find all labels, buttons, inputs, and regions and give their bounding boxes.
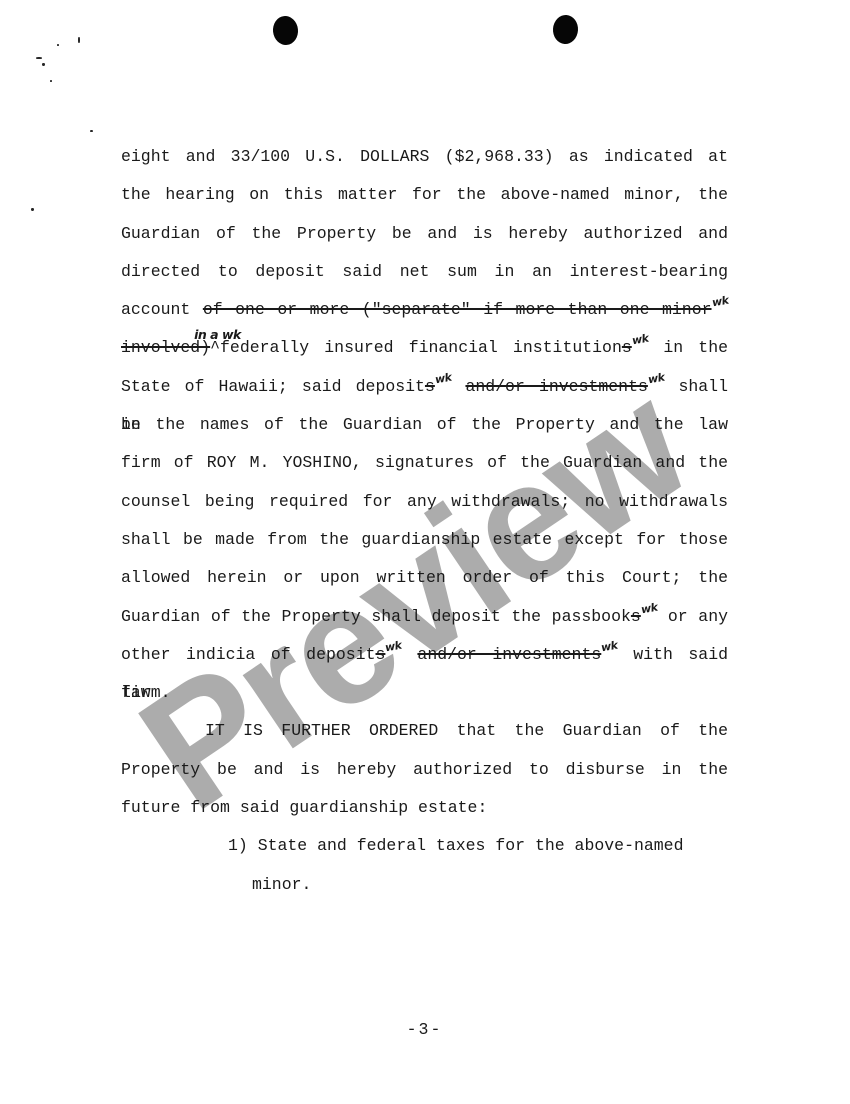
document-line: firm. [121, 674, 728, 712]
document-line: counsel being required for any withdrawa… [121, 483, 728, 521]
scan-speck [50, 80, 52, 82]
typewritten-text: Guardian of the Property shall deposit t… [121, 607, 631, 626]
typewritten-text: in the names of the Guardian of the Prop… [121, 415, 728, 434]
typewritten-text: firm of ROY M. YOSHINO, signatures of th… [121, 453, 728, 472]
insertion-caret: ^in a wk [210, 338, 220, 357]
document-line: 1) State and federal taxes for the above… [121, 827, 728, 865]
struck-text: s [376, 645, 386, 664]
typewritten-text: eight and 33/100 U.S. DOLLARS ($2,968.33… [121, 147, 728, 166]
typewritten-text: Property be and is hereby authorized to … [121, 760, 728, 779]
document-line: in the names of the Guardian of the Prop… [121, 406, 728, 444]
scan-speck [31, 208, 34, 211]
typewritten-text [402, 645, 418, 664]
typewritten-text: future from said guardianship estate: [121, 798, 487, 817]
document-line: State of Hawaii; said depositswk and/or … [121, 368, 728, 406]
struck-text: and/or investments [465, 377, 647, 396]
document-line: Guardian of the Property be and is hereb… [121, 215, 728, 253]
scan-speck [42, 63, 45, 66]
handwritten-initials: wk [711, 295, 729, 309]
struck-text: of one or more ("separate" if more than … [203, 300, 712, 319]
typewritten-text: counsel being required for any withdrawa… [121, 492, 728, 511]
document-line: involved)^in a wkfederally insured finan… [121, 329, 728, 367]
typewritten-text: other indicia of deposit [121, 645, 376, 664]
scan-speck [57, 44, 59, 46]
handwritten-initials: wk [647, 371, 665, 385]
typewritten-text: firm. [121, 683, 171, 702]
handwritten-initials: wk [600, 640, 618, 654]
struck-text: and/or investments [417, 645, 601, 664]
typewritten-text: the hearing on this matter for the above… [121, 185, 728, 204]
scan-speck [90, 130, 93, 132]
document-line: other indicia of depositswk and/or inves… [121, 636, 728, 674]
typewritten-text: State of Hawaii; said deposit [121, 377, 425, 396]
document-line: Property be and is hereby authorized to … [121, 751, 728, 789]
punch-hole-icon [552, 14, 579, 45]
typewritten-text: minor. [252, 875, 311, 894]
struck-text: s [622, 338, 632, 357]
typewritten-text: allowed herein or upon written order of … [121, 568, 728, 587]
page-number: -3- [121, 1020, 728, 1039]
document-line: shall be made from the guardianship esta… [121, 521, 728, 559]
typewritten-text: shall be made from the guardianship esta… [121, 530, 728, 549]
typewritten-text: federally insured financial institution [220, 338, 622, 357]
handwritten-insertion: in a wk [194, 329, 241, 342]
handwritten-initials: wk [434, 371, 452, 385]
document-line: IT IS FURTHER ORDERED that the Guardian … [121, 712, 728, 750]
typewritten-text: Guardian of the Property be and is hereb… [121, 224, 728, 243]
document-line: allowed herein or upon written order of … [121, 559, 728, 597]
document-line: minor. [121, 866, 728, 904]
scanned-document-page: Preview eight and 33/100 U.S. DOLLARS ($… [0, 0, 850, 1104]
typewritten-text: IT IS FURTHER ORDERED that the Guardian … [205, 721, 728, 740]
handwritten-initials: wk [640, 601, 658, 615]
scan-speck [36, 57, 42, 59]
document-body: eight and 33/100 U.S. DOLLARS ($2,968.33… [121, 138, 728, 904]
document-line: Guardian of the Property shall deposit t… [121, 598, 728, 636]
document-line: the hearing on this matter for the above… [121, 176, 728, 214]
document-line: future from said guardianship estate: [121, 789, 728, 827]
scan-speck [78, 37, 80, 43]
handwritten-initials: wk [385, 640, 403, 654]
document-line: eight and 33/100 U.S. DOLLARS ($2,968.33… [121, 138, 728, 176]
handwritten-initials: wk [631, 333, 649, 347]
typewritten-text: directed to deposit said net sum in an i… [121, 262, 728, 281]
typewritten-text: or any [657, 607, 728, 626]
document-line: account of one or more ("separate" if mo… [121, 291, 728, 329]
typewritten-text: account [121, 300, 203, 319]
punch-hole-icon [272, 15, 300, 46]
document-line: directed to deposit said net sum in an i… [121, 253, 728, 291]
struck-text: s [631, 607, 641, 626]
typewritten-text: 1) State and federal taxes for the above… [228, 836, 683, 855]
document-line: firm of ROY M. YOSHINO, signatures of th… [121, 444, 728, 482]
struck-text: s [425, 377, 435, 396]
typewritten-text [451, 377, 465, 396]
typewritten-text: in the [648, 338, 728, 357]
